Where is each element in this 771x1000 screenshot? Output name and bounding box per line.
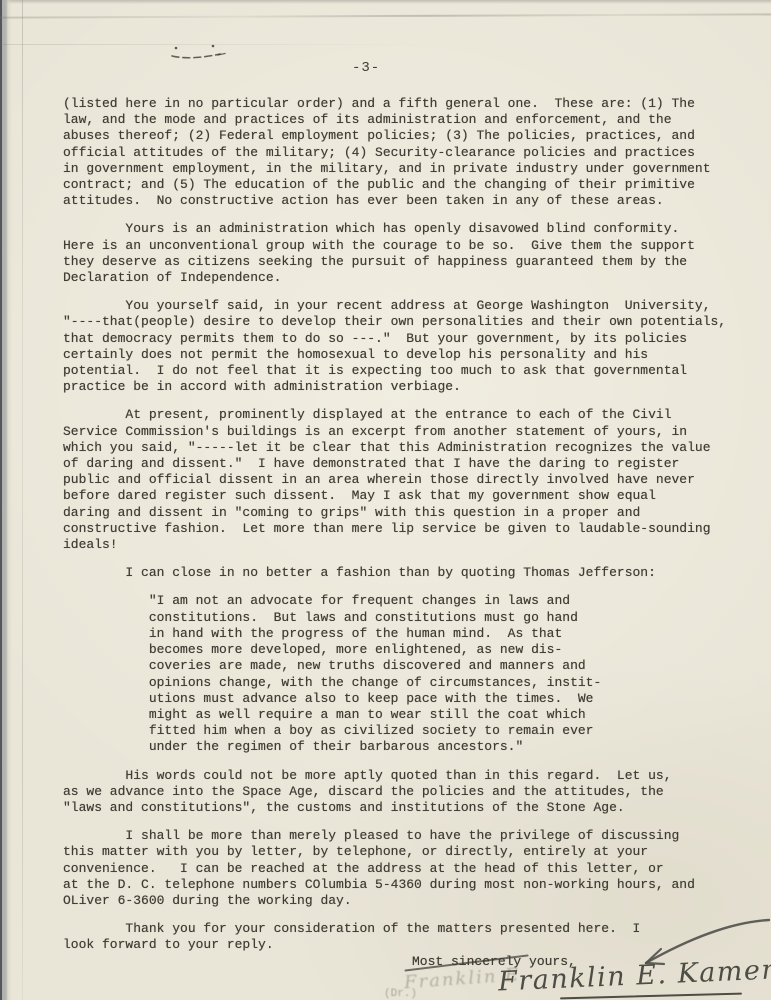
text-line: before dared register such dissent. May … — [63, 488, 758, 504]
text-line: OLiver 6-3600 during the working day. — [63, 893, 758, 909]
text-line: At present, prominently displayed at the… — [63, 407, 758, 423]
paragraph: I shall be more than merely pleased to h… — [63, 828, 758, 909]
text-line: this matter with you by letter, by telep… — [63, 844, 758, 860]
text-line: I can close in no better a fashion than … — [63, 565, 758, 581]
text-line: in hand with the progress of the human m… — [63, 626, 758, 642]
text-line: Service Commission's buildings is an exc… — [63, 424, 758, 440]
text-line: certainly does not permit the homosexual… — [63, 347, 758, 363]
text-line: law, and the mode and practices of its a… — [63, 112, 758, 128]
text-line: fitted him when a boy as civilized socie… — [63, 723, 758, 739]
paragraph: His words could not be more aptly quoted… — [63, 768, 758, 817]
text-line: constructive fashion. Let more than mere… — [63, 521, 758, 537]
text-line: His words could not be more aptly quoted… — [63, 768, 758, 784]
text-line: constitutions. But laws and constitution… — [63, 610, 758, 626]
text-line: I shall be more than merely pleased to h… — [63, 828, 758, 844]
text-line: they deserve as citizens seeking the pur… — [63, 254, 758, 270]
text-line: abuses thereof; (2) Federal employment p… — [63, 128, 758, 144]
text-line: becomes more developed, more enlightened… — [63, 642, 758, 658]
text-line: You yourself said, in your recent addres… — [63, 298, 758, 314]
text-line: at the D. C. telephone numbers COlumbia … — [63, 877, 758, 893]
letter-body: (listed here in no particular order) and… — [63, 96, 758, 966]
text-line: contract; and (5) The education of the p… — [63, 177, 758, 193]
text-line: Declaration of Independence. — [63, 270, 758, 286]
paper-crease-horizontal — [0, 13, 771, 18]
text-line: that democracy permits them to do so ---… — [63, 331, 758, 347]
text-line: which you said, "-----let it be clear th… — [63, 440, 758, 456]
text-line: daring and dissent in "coming to grips" … — [63, 505, 758, 521]
text-line: coveries are made, new truths discovered… — [63, 658, 758, 674]
scanned-letter-page: -3- (listed here in no particular order)… — [0, 0, 771, 1000]
text-line: "I am not an advocate for frequent chang… — [63, 593, 758, 609]
text-line: (listed here in no particular order) and… — [63, 96, 758, 112]
text-line: of daring and dissent." I have demonstra… — [63, 456, 758, 472]
text-line: in government employment, in the militar… — [63, 161, 758, 177]
text-line: potential. I do not feel that it is expe… — [63, 363, 758, 379]
curved-pen-arrow-icon — [628, 912, 771, 972]
page-number: -3- — [352, 60, 380, 76]
scan-left-edge — [0, 0, 12, 1000]
text-line: "----that(people) desire to develop thei… — [63, 314, 758, 330]
text-line: public and official dissent in an area w… — [63, 472, 758, 488]
text-line: attitudes. No constructive action has ev… — [63, 193, 758, 209]
paragraph: At present, prominently displayed at the… — [63, 407, 758, 553]
text-line: under the regimen of their barbarous anc… — [63, 739, 758, 755]
paper-crease-vertical — [22, 0, 23, 1000]
text-line: might as well require a man to wear stil… — [63, 707, 758, 723]
text-line: as we advance into the Space Age, discar… — [63, 784, 758, 800]
text-line: official attitudes of the military; (4) … — [63, 145, 758, 161]
pencil-smudge-icon — [168, 42, 240, 64]
text-line: "laws and constitutions", the customs an… — [63, 800, 758, 816]
paragraph: "I am not an advocate for frequent chang… — [63, 593, 758, 755]
text-line: convenience. I can be reached at the add… — [63, 861, 758, 877]
text-line: practice be in accord with administratio… — [63, 379, 758, 395]
paragraph: (listed here in no particular order) and… — [63, 96, 758, 209]
text-line: utions must advance also to keep pace wi… — [63, 691, 758, 707]
paragraph: You yourself said, in your recent addres… — [63, 298, 758, 395]
scan-top-edge — [0, 0, 771, 4]
text-line: Yours is an administration which has ope… — [63, 221, 758, 237]
text-line: Here is an unconventional group with the… — [63, 238, 758, 254]
text-line: opinions change, with the change of circ… — [63, 675, 758, 691]
paragraph: Yours is an administration which has ope… — [63, 221, 758, 286]
paragraph: I can close in no better a fashion than … — [63, 565, 758, 581]
text-line: ideals! — [63, 537, 758, 553]
